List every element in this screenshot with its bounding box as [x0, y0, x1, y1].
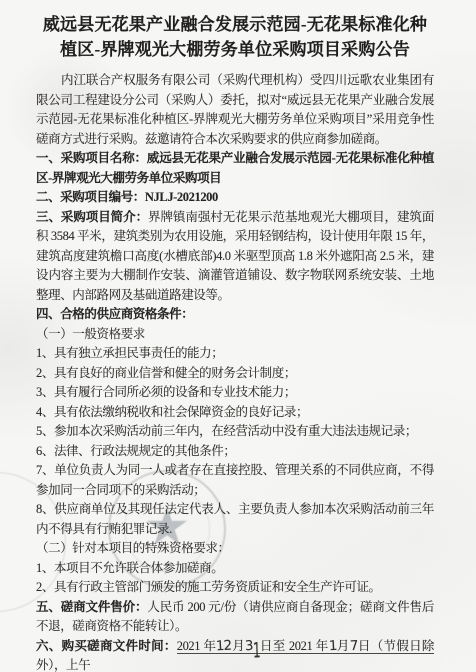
section-2-project-number: 二、采购项目编号：NJLJ-2021200 [36, 188, 434, 208]
general-requirement-item: 4、具有依法缴纳税收和社会保障资金的良好记录； [36, 403, 434, 423]
section-6-purchase-time: 六、购买磋商文件时间：2021 年12月31日至 2021 年1月7日（节假日除… [36, 637, 434, 672]
handwritten-month-start: 12 [216, 636, 232, 656]
section-3-label: 三、采购项目简介： [36, 210, 148, 224]
month-unit-2: 月 [336, 639, 349, 653]
general-requirements-heading: （一）一般资格要求 [36, 325, 434, 345]
project-number-value: NJLJ-2021200 [145, 190, 218, 204]
special-requirements-heading: （二）针对本项目的特殊资格要求： [36, 539, 434, 559]
section-3-project-brief: 三、采购项目简介：界牌镇南强村无花果示范基地观光大棚项目，建筑面积 3584 平… [36, 208, 434, 306]
section-4-qualifications-heading: 四、合格的供应商资格条件： [36, 305, 434, 325]
handwritten-month-end: 1 [328, 636, 337, 656]
intro-paragraph: 内江联合产权服务有限公司（采购代理机构）受四川远歌农业集团有限公司工程建设分公司… [36, 71, 434, 149]
general-requirement-item: 5、参加本次采购活动前三年内，在经营活动中没有重大违法违规记录； [36, 422, 434, 442]
section-6-label: 六、购买磋商文件时间： [36, 639, 177, 653]
special-requirement-item: 1、本项目不允许联合体参加磋商。 [36, 559, 434, 579]
section-5-label: 五、磋商文件售价： [36, 600, 147, 614]
general-requirement-item: 8、供应商单位及其现任法定代表人、主要负责人参加本次采购活动前三年内不得具有行贿… [36, 500, 434, 539]
page-title-line2: 植区-界牌观光大棚劳务单位采购项目采购公告 [60, 40, 410, 59]
month-unit: 月 [232, 639, 245, 653]
date-middle: 日至 2021 年 [259, 639, 328, 653]
special-requirement-item: 2、具有行政主管部门颁发的施工劳务资质证和安全生产许可证。 [36, 578, 434, 598]
page-title: 威远县无花果产业融合发展示范园-无花果标准化种 植区-界牌观光大棚劳务单位采购项… [36, 12, 434, 62]
document-content: 威远县无花果产业融合发展示范园-无花果标准化种 植区-界牌观光大棚劳务单位采购项… [36, 12, 434, 672]
section-1-project-name: 一、采购项目名称：威远县无花果产业融合发展示范园-无花果标准化种植区-界牌观光大… [36, 149, 434, 188]
section-2-label: 二、采购项目编号： [36, 190, 145, 204]
general-requirement-item: 1、具有独立承担民事责任的能力； [36, 344, 434, 364]
general-requirement-item: 6、法律、行政法规规定的其他条件； [36, 442, 434, 462]
general-requirement-item: 3、具有履行合同所必须的设备和专业技术能力； [36, 383, 434, 403]
section-5-document-price: 五、磋商文件售价：人民币 200 元/份（请供应商自备现金；磋商文件售后不退，磋… [36, 598, 434, 637]
general-requirement-item: 7、单位负责人为同一人或者存在直接控股、管理关系的不同供应商，不得参加同一合同项… [36, 461, 434, 500]
date-year-start: 2021 年 [177, 639, 217, 653]
document-page: ★ 威远县无花果产业融合发展示范园-无花果标准化种 植区-界牌观光大棚劳务单位采… [0, 0, 476, 672]
page-title-line1: 威远县无花果产业融合发展示范园-无花果标准化种 [43, 15, 427, 34]
section-1-label: 一、采购项目名称： [36, 151, 147, 165]
handwritten-day-start-stroke: 1 [252, 634, 259, 669]
handwritten-day-end: 7 [349, 636, 358, 656]
general-requirement-item: 2、具有良好的商业信誉和健全的财务会计制度； [36, 364, 434, 384]
